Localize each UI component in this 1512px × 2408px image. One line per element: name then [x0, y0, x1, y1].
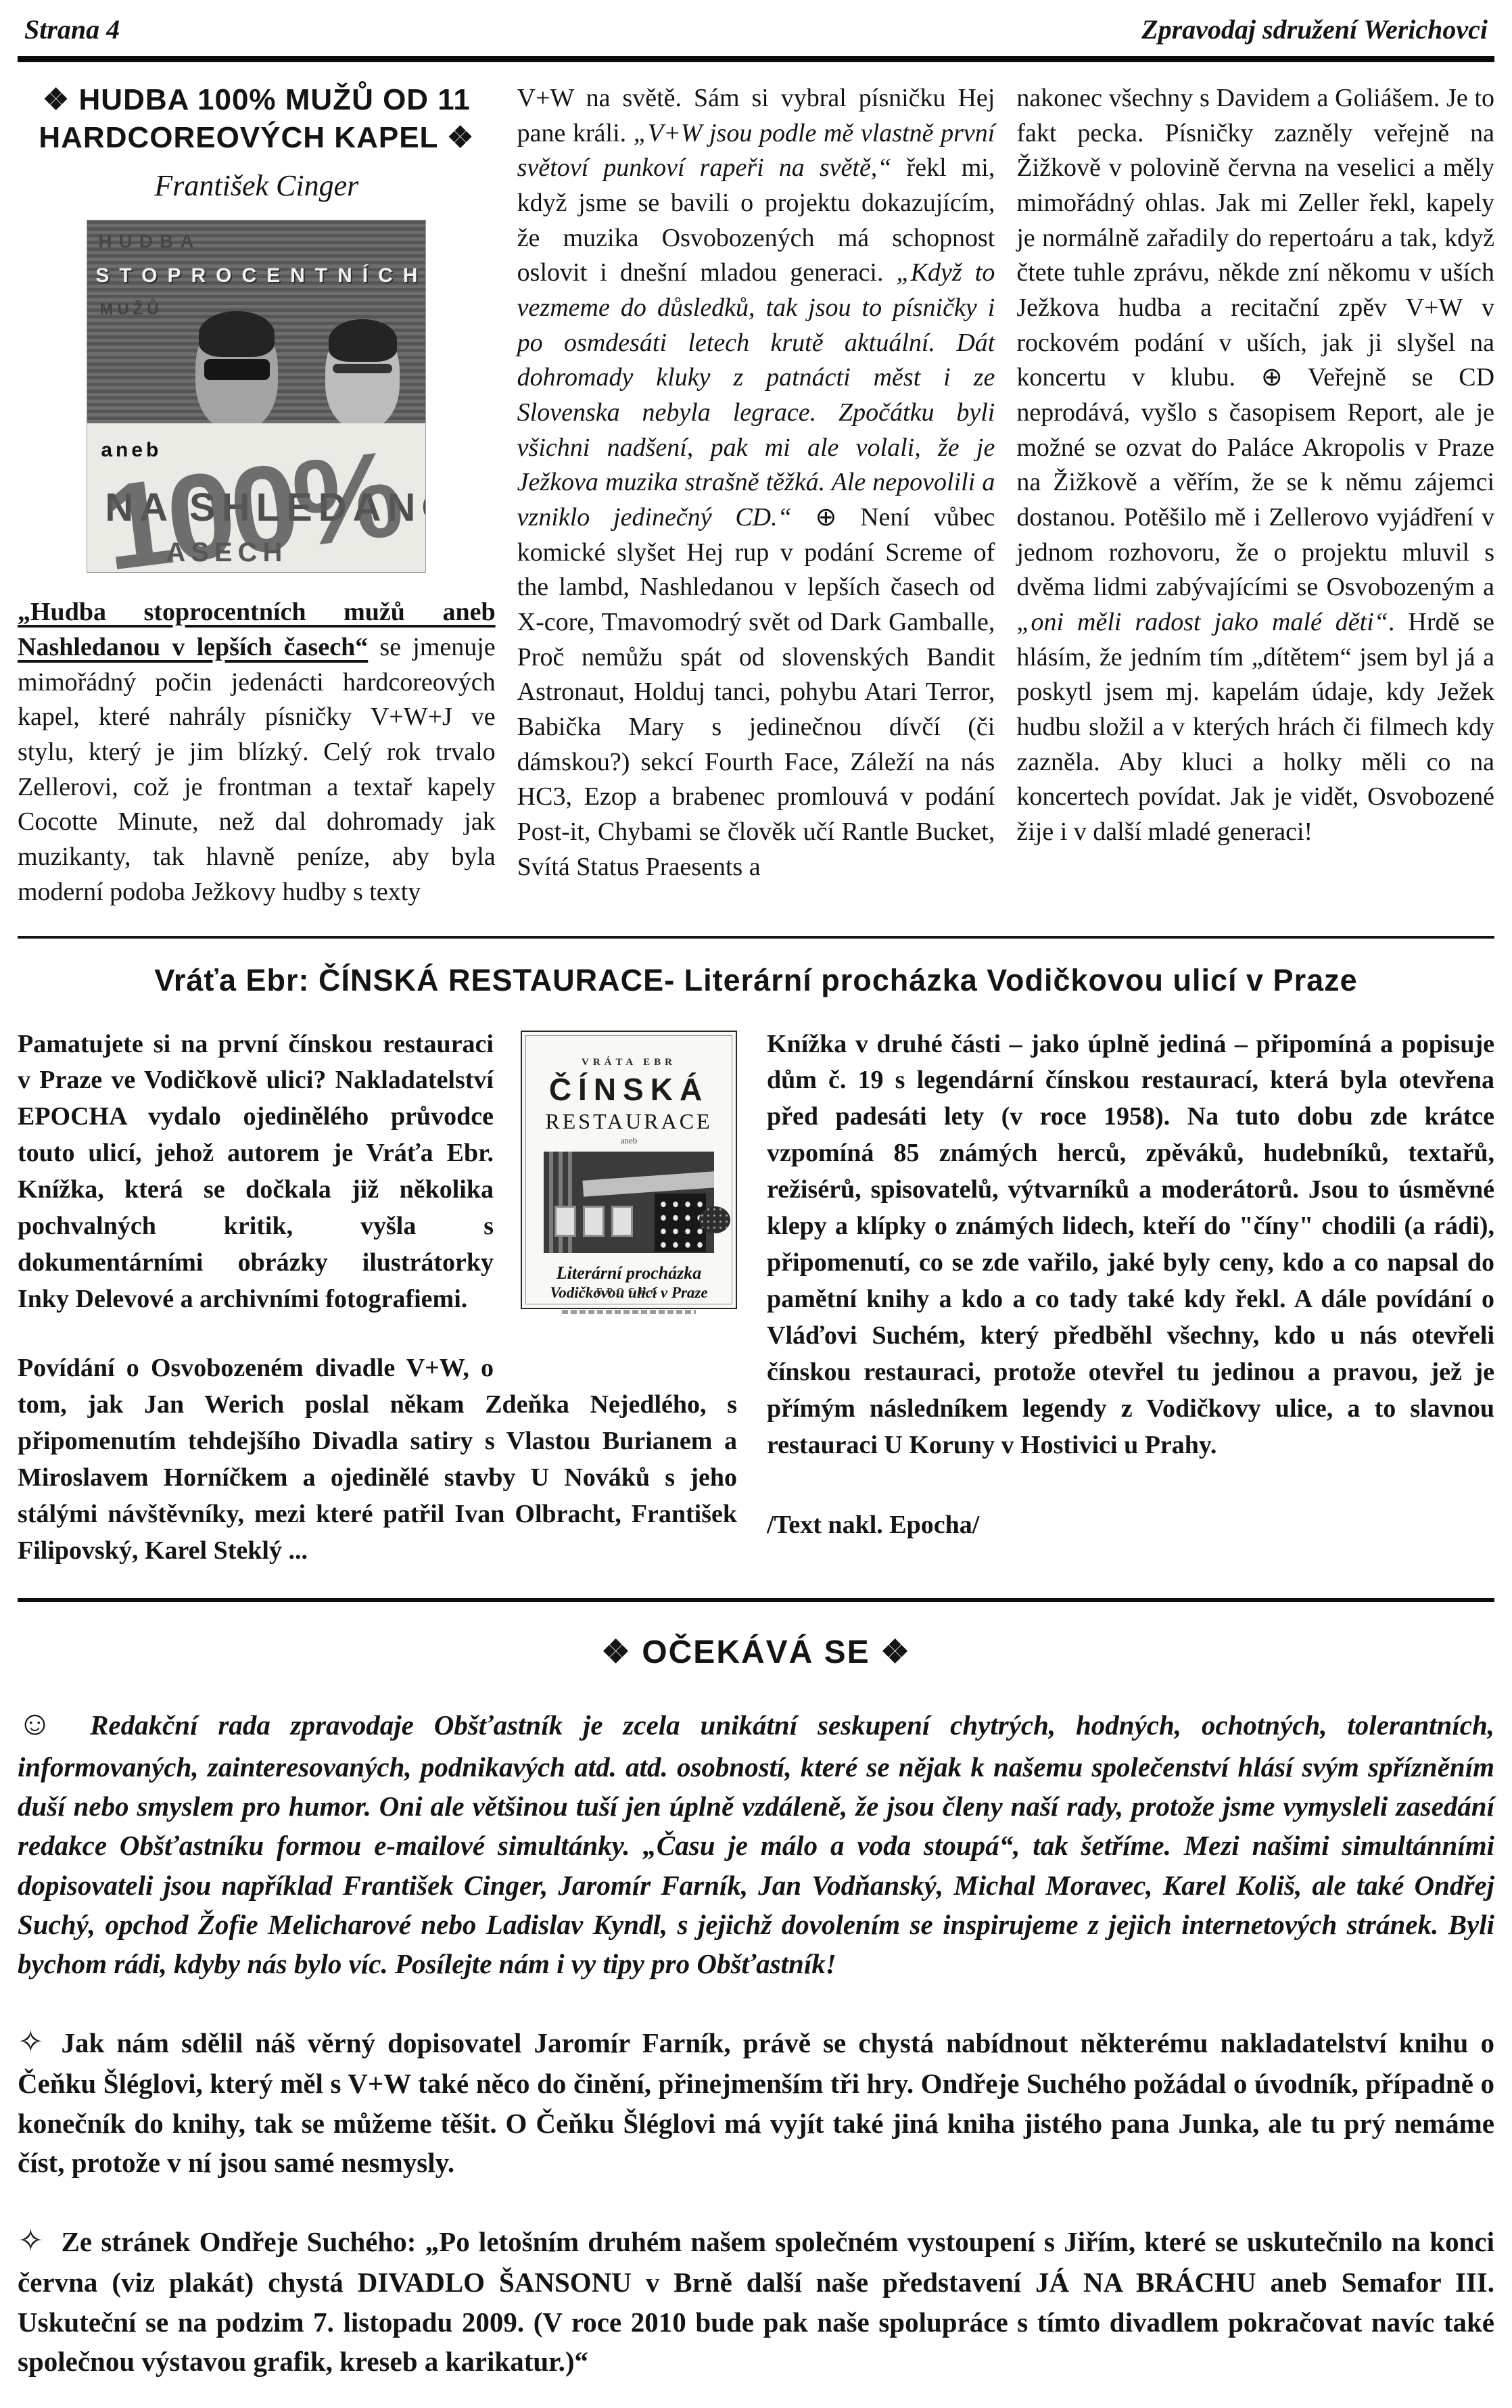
album-cover-muzu-label: MUŽŮ: [99, 299, 162, 321]
album-cover-face-right: [325, 323, 400, 429]
sunglasses-shape: [204, 359, 270, 380]
album-cover-asech-label: ASECH: [166, 534, 287, 571]
music-article: ❖ HUDBA 100% MUŽŮ OD 11 HARDCOREOVÝCH KA…: [18, 81, 1494, 910]
music-article-author: František Cinger: [18, 166, 496, 206]
diamond-bullet-icon: ✧: [18, 2223, 44, 2258]
book-article-credit: /Text nakl. Epocha/: [767, 1507, 1494, 1544]
music-article-column-1: ❖ HUDBA 100% MUŽŮ OD 11 HARDCOREOVÝCH KA…: [18, 81, 496, 910]
music-article-column-2: V+W na světě. Sám si vybral písničku Hej…: [517, 81, 995, 910]
expected-para-1-text: Redakční rada zpravodaje Obšťastník je z…: [18, 1709, 1494, 1979]
expected-para-3: ✧Ze stránek Ondřeje Suchého: „Po letošní…: [18, 2219, 1494, 2381]
album-cover-hudba-label: HUDBA: [98, 229, 200, 254]
book-article-right-text: Knížka v druhé části – jako úplně jediná…: [767, 1026, 1494, 1464]
section-divider-2: [18, 1598, 1494, 1602]
music-article-column-3: nakonec všechny s Davidem a Goliášem. Je…: [1016, 81, 1494, 910]
window-shape: [611, 1206, 633, 1237]
expected-para-1: ☺Redakční rada zpravodaje Obšťastník je …: [18, 1699, 1494, 1983]
music-article-title-line1: ❖ HUDBA 100% MUŽŮ OD 11: [18, 81, 496, 119]
book-article-body: VRÁTA EBR ČÍNSKÁ RESTAURACE aneb: [18, 1026, 1494, 1569]
window-shape: [583, 1206, 605, 1237]
book-cover-subtitle-restaurace: RESTAURACE: [522, 1108, 736, 1134]
music-article-col1-text: „Hudba stoprocentních mužů aneb Nashleda…: [18, 595, 496, 910]
book-article-title: Vráťa Ebr: ČÍNSKÁ RESTAURACE- Literární …: [18, 963, 1494, 998]
photo-stripes-shape: [549, 1152, 572, 1253]
glasses-shape: [333, 364, 392, 373]
expected-para-2-text: Jak nám sdělil náš věrný dopisovatel Jar…: [18, 2027, 1494, 2178]
music-article-title: ❖ HUDBA 100% MUŽŮ OD 11 HARDCOREOVÝCH KA…: [18, 81, 496, 158]
photo-door-lattice-shape: [655, 1194, 706, 1252]
book-article: Vráťa Ebr: ČÍNSKÁ RESTAURACE- Literární …: [18, 963, 1494, 1569]
newsletter-title: Zpravodaj sdružení Werichovci: [1141, 14, 1488, 45]
expected-section-title: ❖ OČEKÁVÁ SE ❖: [18, 1633, 1494, 1671]
music-article-col2-text: V+W na světě. Sám si vybral písničku Hej…: [517, 81, 995, 884]
album-cover-paper: aneb NA SHLEDANOU 100% ASECH: [87, 423, 425, 572]
expected-para-2: ✧Jak nám sdělil náš věrný dopisovatel Ja…: [18, 2020, 1494, 2182]
diamond-bullet-icon: ✧: [18, 2025, 44, 2059]
window-shape: [554, 1206, 576, 1237]
newsletter-page: Strana 4 Zpravodaj sdružení Werichovci ❖…: [0, 0, 1512, 2408]
book-article-para2: Povídání o Osvobozeném divadle V+W, o to…: [18, 1350, 737, 1569]
page-number-label: Strana 4: [24, 14, 120, 45]
book-article-right-column: Knížka v druhé části – jako úplně jediná…: [767, 1026, 1494, 1569]
book-cover-walk-line1: Literární procházka: [522, 1262, 736, 1283]
page-header: Strana 4 Zpravodaj sdružení Werichovci: [18, 9, 1494, 62]
book-cover-aneb: aneb: [522, 1135, 736, 1146]
book-cover-image: VRÁTA EBR ČÍNSKÁ RESTAURACE aneb: [521, 1031, 737, 1309]
book-cover-publisher: EPOCHA: [522, 1287, 736, 1298]
lantern-icon: [699, 1206, 730, 1233]
book-article-left-column: VRÁTA EBR ČÍNSKÁ RESTAURACE aneb: [18, 1026, 737, 1569]
book-cover-fineprint: [562, 1310, 696, 1314]
section-divider-1: [18, 936, 1494, 939]
photo-windows: [554, 1206, 633, 1237]
hair-shape: [329, 319, 397, 361]
album-cover-image: HUDBA STOPROCENTNÍCH MUŽŮ aneb NA SHLEDA…: [87, 220, 425, 572]
music-article-title-line2: HARDCOREOVÝCH KAPEL ❖: [18, 119, 496, 157]
book-cover-photo: [544, 1152, 714, 1253]
album-cover-face-left: [195, 315, 278, 430]
album-cover-stoprocentnich-label: STOPROCENTNÍCH: [95, 262, 425, 290]
book-cover-title: ČÍNSKÁ: [522, 1071, 736, 1108]
book-cover-author: VRÁTA EBR: [522, 1056, 736, 1068]
smiley-icon: ☺: [18, 1704, 52, 1742]
hair-shape: [199, 311, 275, 357]
music-article-col3-text: nakonec všechny s Davidem a Goliášem. Je…: [1016, 81, 1494, 850]
expected-section: ❖ OČEKÁVÁ SE ❖ ☺Redakční rada zpravodaje…: [18, 1633, 1494, 2381]
expected-para-3-text: Ze stránek Ondřeje Suchého: „Po letošním…: [18, 2226, 1494, 2377]
